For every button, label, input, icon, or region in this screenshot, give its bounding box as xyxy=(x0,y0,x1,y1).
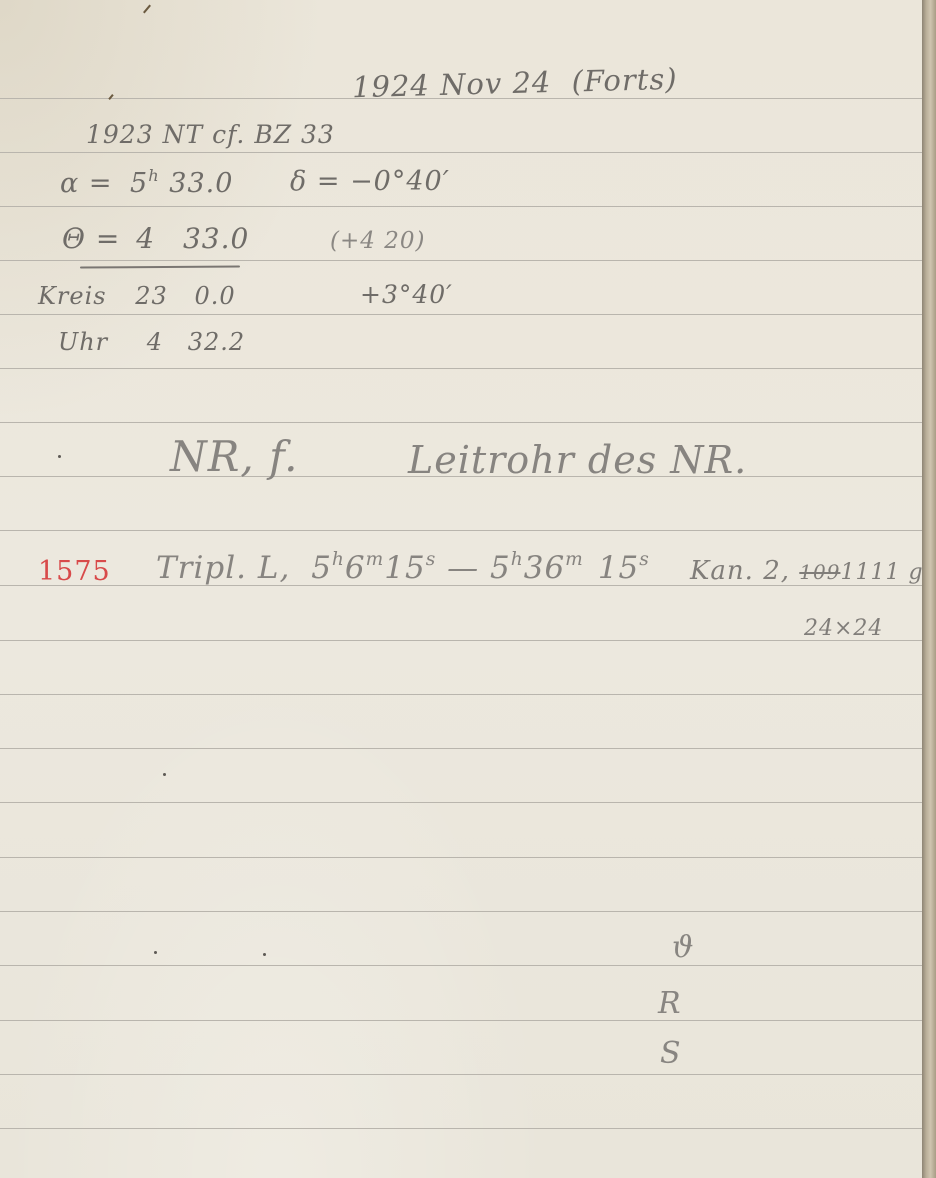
camera-info: Kan. 2, 1091111 g, xyxy=(690,556,932,586)
theta-row: Θ = 4 33.0 xyxy=(62,222,249,255)
ruled-line xyxy=(0,314,922,315)
delta-row: δ = −0°40′ xyxy=(290,166,450,197)
ruled-line xyxy=(0,422,922,423)
stray-mark xyxy=(143,5,151,14)
theta-correction: (+4 20) xyxy=(330,228,425,254)
kreis-row: Kreis 23 0.0 xyxy=(38,282,236,310)
ink-speck xyxy=(263,953,266,956)
struck-number: 109 xyxy=(799,560,840,584)
margin-letter-r: R xyxy=(658,986,682,1021)
note-left: NR, f. xyxy=(170,432,298,481)
ruled-line xyxy=(0,857,922,858)
camera-label: Kan. 2, xyxy=(690,556,790,586)
plate-size: 24×24 xyxy=(804,616,883,641)
ink-speck xyxy=(163,773,166,776)
stray-mark xyxy=(108,94,113,100)
plate-id: 1111 g, xyxy=(840,560,931,585)
date-text: 1924 Nov 24 xyxy=(352,65,552,104)
note-right: Leitrohr des NR. xyxy=(408,438,747,482)
ruled-line xyxy=(0,802,922,803)
ruled-line xyxy=(0,640,922,641)
ink-speck xyxy=(154,951,157,954)
ruled-line xyxy=(0,965,922,966)
entry-description: Tripl. L, xyxy=(156,550,290,586)
kreis-declination: +3°40′ xyxy=(360,280,453,309)
ruled-line xyxy=(0,206,922,207)
ruled-line xyxy=(0,260,922,261)
alpha-row: α = 5h 33.0 xyxy=(60,168,233,199)
theta-underline xyxy=(80,265,240,268)
margin-letter-theta: ϑ xyxy=(672,930,694,965)
uhr-row: Uhr 4 32.2 xyxy=(58,328,245,356)
margin-letter-s: S xyxy=(660,1036,682,1071)
ruled-line xyxy=(0,911,922,912)
ruled-line xyxy=(0,748,922,749)
notebook-page: 1924 Nov 24 (Forts) 1923 NT cf. BZ 33 α … xyxy=(0,0,922,1178)
ruled-line xyxy=(0,530,922,531)
entry-line: Tripl. L, 5h6m15s — 5h36m15s xyxy=(156,550,650,586)
date-note: (Forts) xyxy=(571,62,678,99)
ruled-line xyxy=(0,1074,922,1075)
ruled-line xyxy=(0,152,922,153)
plate-number: 1575 xyxy=(38,556,111,587)
ruled-line xyxy=(0,1128,922,1129)
ink-speck xyxy=(58,455,61,458)
ruled-line xyxy=(0,368,922,369)
ruled-line xyxy=(0,694,922,695)
ruled-line xyxy=(0,1020,922,1021)
object-designation: 1923 NT cf. BZ 33 xyxy=(86,120,335,149)
notebook-binding-edge xyxy=(922,0,936,1178)
